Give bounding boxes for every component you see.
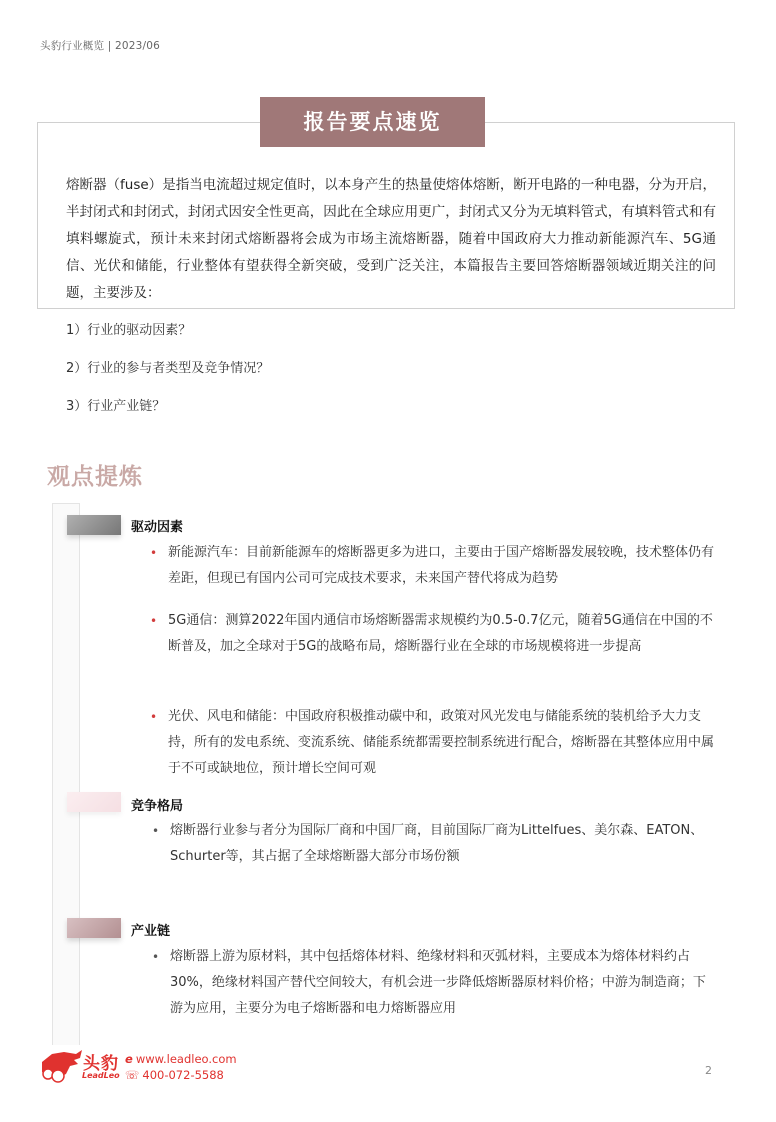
category-label-competition: 竞争格局	[131, 795, 183, 814]
bullet-dot-icon: •	[150, 608, 157, 634]
report-header: 头豹行业概览 | 2023/06	[40, 38, 160, 53]
page-number: 2	[705, 1064, 712, 1077]
bullet-item: • 光伏、风电和储能：中国政府积极推动碳中和，政策对风光发电与储能系统的装机给予…	[168, 704, 718, 782]
phone-icon: ☏	[125, 1068, 139, 1082]
category-label-industry-chain: 产业链	[131, 920, 170, 939]
bullet-text: 新能源汽车：目前新能源车的熔断器更多为进口，主要由于国产熔断器发展较晚，技术整体…	[168, 545, 714, 586]
website-link[interactable]: ewww.leadleo.com	[125, 1052, 237, 1066]
timeline-bar	[52, 503, 80, 1045]
bullet-text: 熔断器行业参与者分为国际厂商和中国厂商，目前国际厂商为Littelfues、美尔…	[170, 823, 703, 864]
summary-title: 报告要点速览	[260, 97, 485, 147]
brand-name-en: LeadLeo	[82, 1071, 120, 1080]
bullet-text: 5G通信：测算2022年国内通信市场熔断器需求规模约为0.5-0.7亿元，随着5…	[168, 613, 713, 654]
bullet-item: • 熔断器行业参与者分为国际厂商和中国厂商，目前国际厂商为Littelfues、…	[170, 818, 718, 870]
bullet-dot-icon: •	[150, 540, 157, 566]
question-item: 3）行业产业链？	[66, 394, 269, 432]
phone-contact: ☏400-072-5588	[125, 1068, 224, 1082]
bullet-text: 光伏、风电和储能：中国政府积极推动碳中和，政策对风光发电与储能系统的装机给予大力…	[168, 709, 714, 776]
category-label-drivers: 驱动因素	[131, 516, 183, 535]
question-item: 2）行业的参与者类型及竞争情况？	[66, 356, 269, 394]
website-text: www.leadleo.com	[136, 1052, 237, 1066]
question-item: 1）行业的驱动因素？	[66, 318, 269, 356]
category-marker-drivers	[67, 515, 121, 535]
phone-text: 400-072-5588	[142, 1068, 223, 1082]
summary-paragraph: 熔断器（fuse）是指当电流超过规定值时，以本身产生的热量使熔体熔断，断开电路的…	[66, 172, 716, 307]
category-marker-industry-chain	[67, 918, 121, 938]
bullet-dot-icon: •	[152, 944, 159, 970]
bullet-item: • 新能源汽车：目前新能源车的熔断器更多为进口，主要由于国产熔断器发展较晚，技术…	[168, 540, 718, 592]
bullet-text: 熔断器上游为原材料，其中包括熔体材料、绝缘材料和灭弧材料，主要成本为熔体材料约占…	[170, 949, 706, 1016]
bullet-dot-icon: •	[150, 704, 157, 730]
web-icon: e	[125, 1052, 133, 1066]
bullet-dot-icon: •	[152, 818, 159, 844]
bullet-item: • 熔断器上游为原材料，其中包括熔体材料、绝缘材料和灭弧材料，主要成本为熔体材料…	[170, 944, 718, 1022]
insights-title: 观点提炼	[47, 458, 143, 491]
category-marker-competition	[67, 792, 121, 812]
question-list: 1）行业的驱动因素？ 2）行业的参与者类型及竞争情况？ 3）行业产业链？	[66, 318, 269, 432]
bullet-item: • 5G通信：测算2022年国内通信市场熔断器需求规模约为0.5-0.7亿元，随…	[168, 608, 718, 660]
